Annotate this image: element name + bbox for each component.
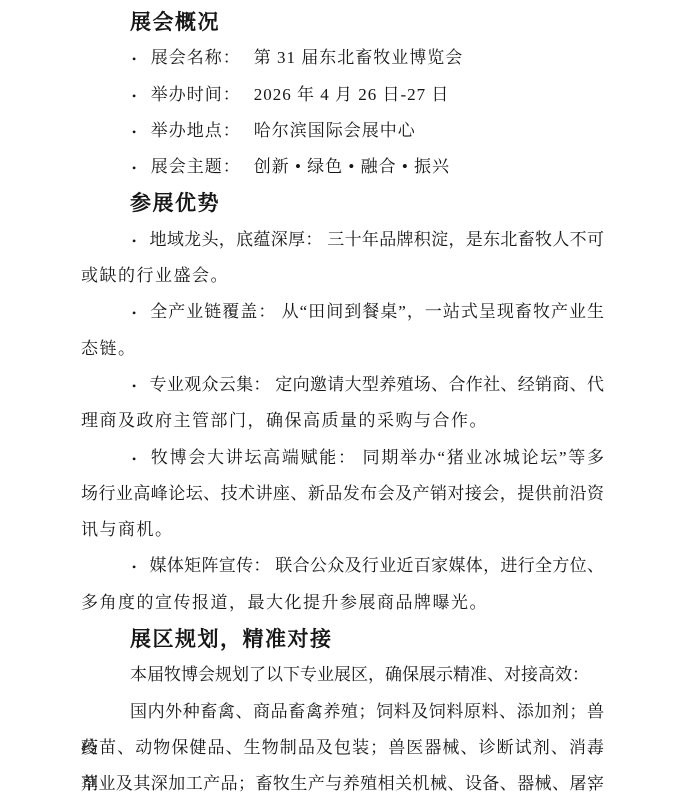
paragraph-text: 媒体矩阵宣传： 联合公众及行业近百家媒体，进行全方位、 bbox=[149, 556, 604, 575]
advantage-visitors-line-1: •专业观众云集： 定向邀请大型养殖场、合作社、经销商、代 bbox=[81, 367, 604, 403]
section-heading-advantages: 参展优势 bbox=[81, 185, 604, 221]
paragraph-text: 专业观众云集： 定向邀请大型养殖场、合作社、经销商、代 bbox=[149, 375, 604, 394]
paragraph-text: 地域龙头，底蕴深厚： 三十年品牌积淀，是东北畜牧人不可 bbox=[149, 230, 604, 249]
bullet-icon: • bbox=[132, 306, 136, 320]
list-item-value: 哈尔滨国际会展中心 bbox=[254, 121, 416, 140]
overview-item-name: •展会名称：第 31 届东北畜牧业博览会 bbox=[81, 40, 604, 76]
list-item-value: 2026 年 4 月 26 日-27 日 bbox=[254, 85, 450, 104]
advantage-forum-line-2: 场行业高峰论坛、技术讲座、新品发布会及产销对接会，提供前沿资 bbox=[81, 476, 604, 512]
bullet-icon: • bbox=[132, 161, 138, 175]
zones-intro-line: 本届牧博会规划了以下专业展区，确保展示精准、对接高效： bbox=[81, 657, 604, 693]
zones-body-line-3: 草业及其深加工产品；畜牧生产与养殖相关机械、设备、器械、屠宰 bbox=[81, 766, 604, 798]
list-item-label: 举办地点： bbox=[151, 121, 241, 140]
section-heading-zones: 展区规划，精准对接 bbox=[81, 621, 604, 657]
bullet-icon: • bbox=[132, 234, 136, 248]
advantage-forum-line-1: •牧博会大讲坛高端赋能： 同期举办“猪业冰城论坛”等多 bbox=[81, 440, 604, 476]
list-item-label: 展会名称： bbox=[151, 48, 241, 67]
overview-item-theme: •展会主题：创新 • 绿色 • 融合 • 振兴 bbox=[81, 149, 604, 185]
advantage-regional-line-1: •地域龙头，底蕴深厚： 三十年品牌积淀，是东北畜牧人不可 bbox=[81, 222, 604, 258]
bullet-icon: • bbox=[132, 452, 136, 466]
advantage-media-line-2: 多角度的宣传报道，最大化提升参展商品牌曝光。 bbox=[81, 585, 604, 621]
zones-body-line-2: 疫苗、动物保健品、生物制品及包装；兽医器械、诊断试剂、消毒剂； bbox=[81, 730, 604, 766]
zones-body-line-1: 国内外种畜禽、商品畜禽养殖；饲料及饲料原料、添加剂；兽药、 bbox=[81, 694, 604, 730]
advantage-regional-line-2: 或缺的行业盛会。 bbox=[81, 258, 604, 294]
bullet-icon: • bbox=[132, 52, 138, 66]
advantage-visitors-line-2: 理商及政府主管部门，确保高质量的采购与合作。 bbox=[81, 403, 604, 439]
overview-item-venue: •举办地点：哈尔滨国际会展中心 bbox=[81, 113, 604, 149]
list-item-value: 创新 • 绿色 • 融合 • 振兴 bbox=[254, 157, 450, 176]
document-page: 展会概况 •展会名称：第 31 届东北畜牧业博览会 •举办时间：2026 年 4… bbox=[0, 0, 686, 798]
paragraph-text: 全产业链覆盖： 从“田间到餐桌”，一站式呈现畜牧产业生 bbox=[149, 302, 604, 321]
list-item-value: 第 31 届东北畜牧业博览会 bbox=[254, 48, 464, 67]
overview-item-date: •举办时间：2026 年 4 月 26 日-27 日 bbox=[81, 77, 604, 113]
advantage-industry-chain-line-2: 态链。 bbox=[81, 331, 604, 367]
advantage-forum-line-3: 讯与商机。 bbox=[81, 512, 604, 548]
paragraph-text: 牧博会大讲坛高端赋能： 同期举办“猪业冰城论坛”等多 bbox=[149, 448, 604, 467]
advantage-media-line-1: •媒体矩阵宣传： 联合公众及行业近百家媒体，进行全方位、 bbox=[81, 548, 604, 584]
bullet-icon: • bbox=[132, 125, 138, 139]
bullet-icon: • bbox=[132, 379, 136, 393]
document-content: 展会概况 •展会名称：第 31 届东北畜牧业博览会 •举办时间：2026 年 4… bbox=[81, 4, 604, 798]
list-item-label: 展会主题： bbox=[151, 157, 241, 176]
bullet-icon: • bbox=[132, 89, 138, 103]
bullet-icon: • bbox=[132, 560, 136, 574]
section-heading-overview: 展会概况 bbox=[81, 4, 604, 40]
list-item-label: 举办时间： bbox=[151, 85, 241, 104]
advantage-industry-chain-line-1: •全产业链覆盖： 从“田间到餐桌”，一站式呈现畜牧产业生 bbox=[81, 294, 604, 330]
